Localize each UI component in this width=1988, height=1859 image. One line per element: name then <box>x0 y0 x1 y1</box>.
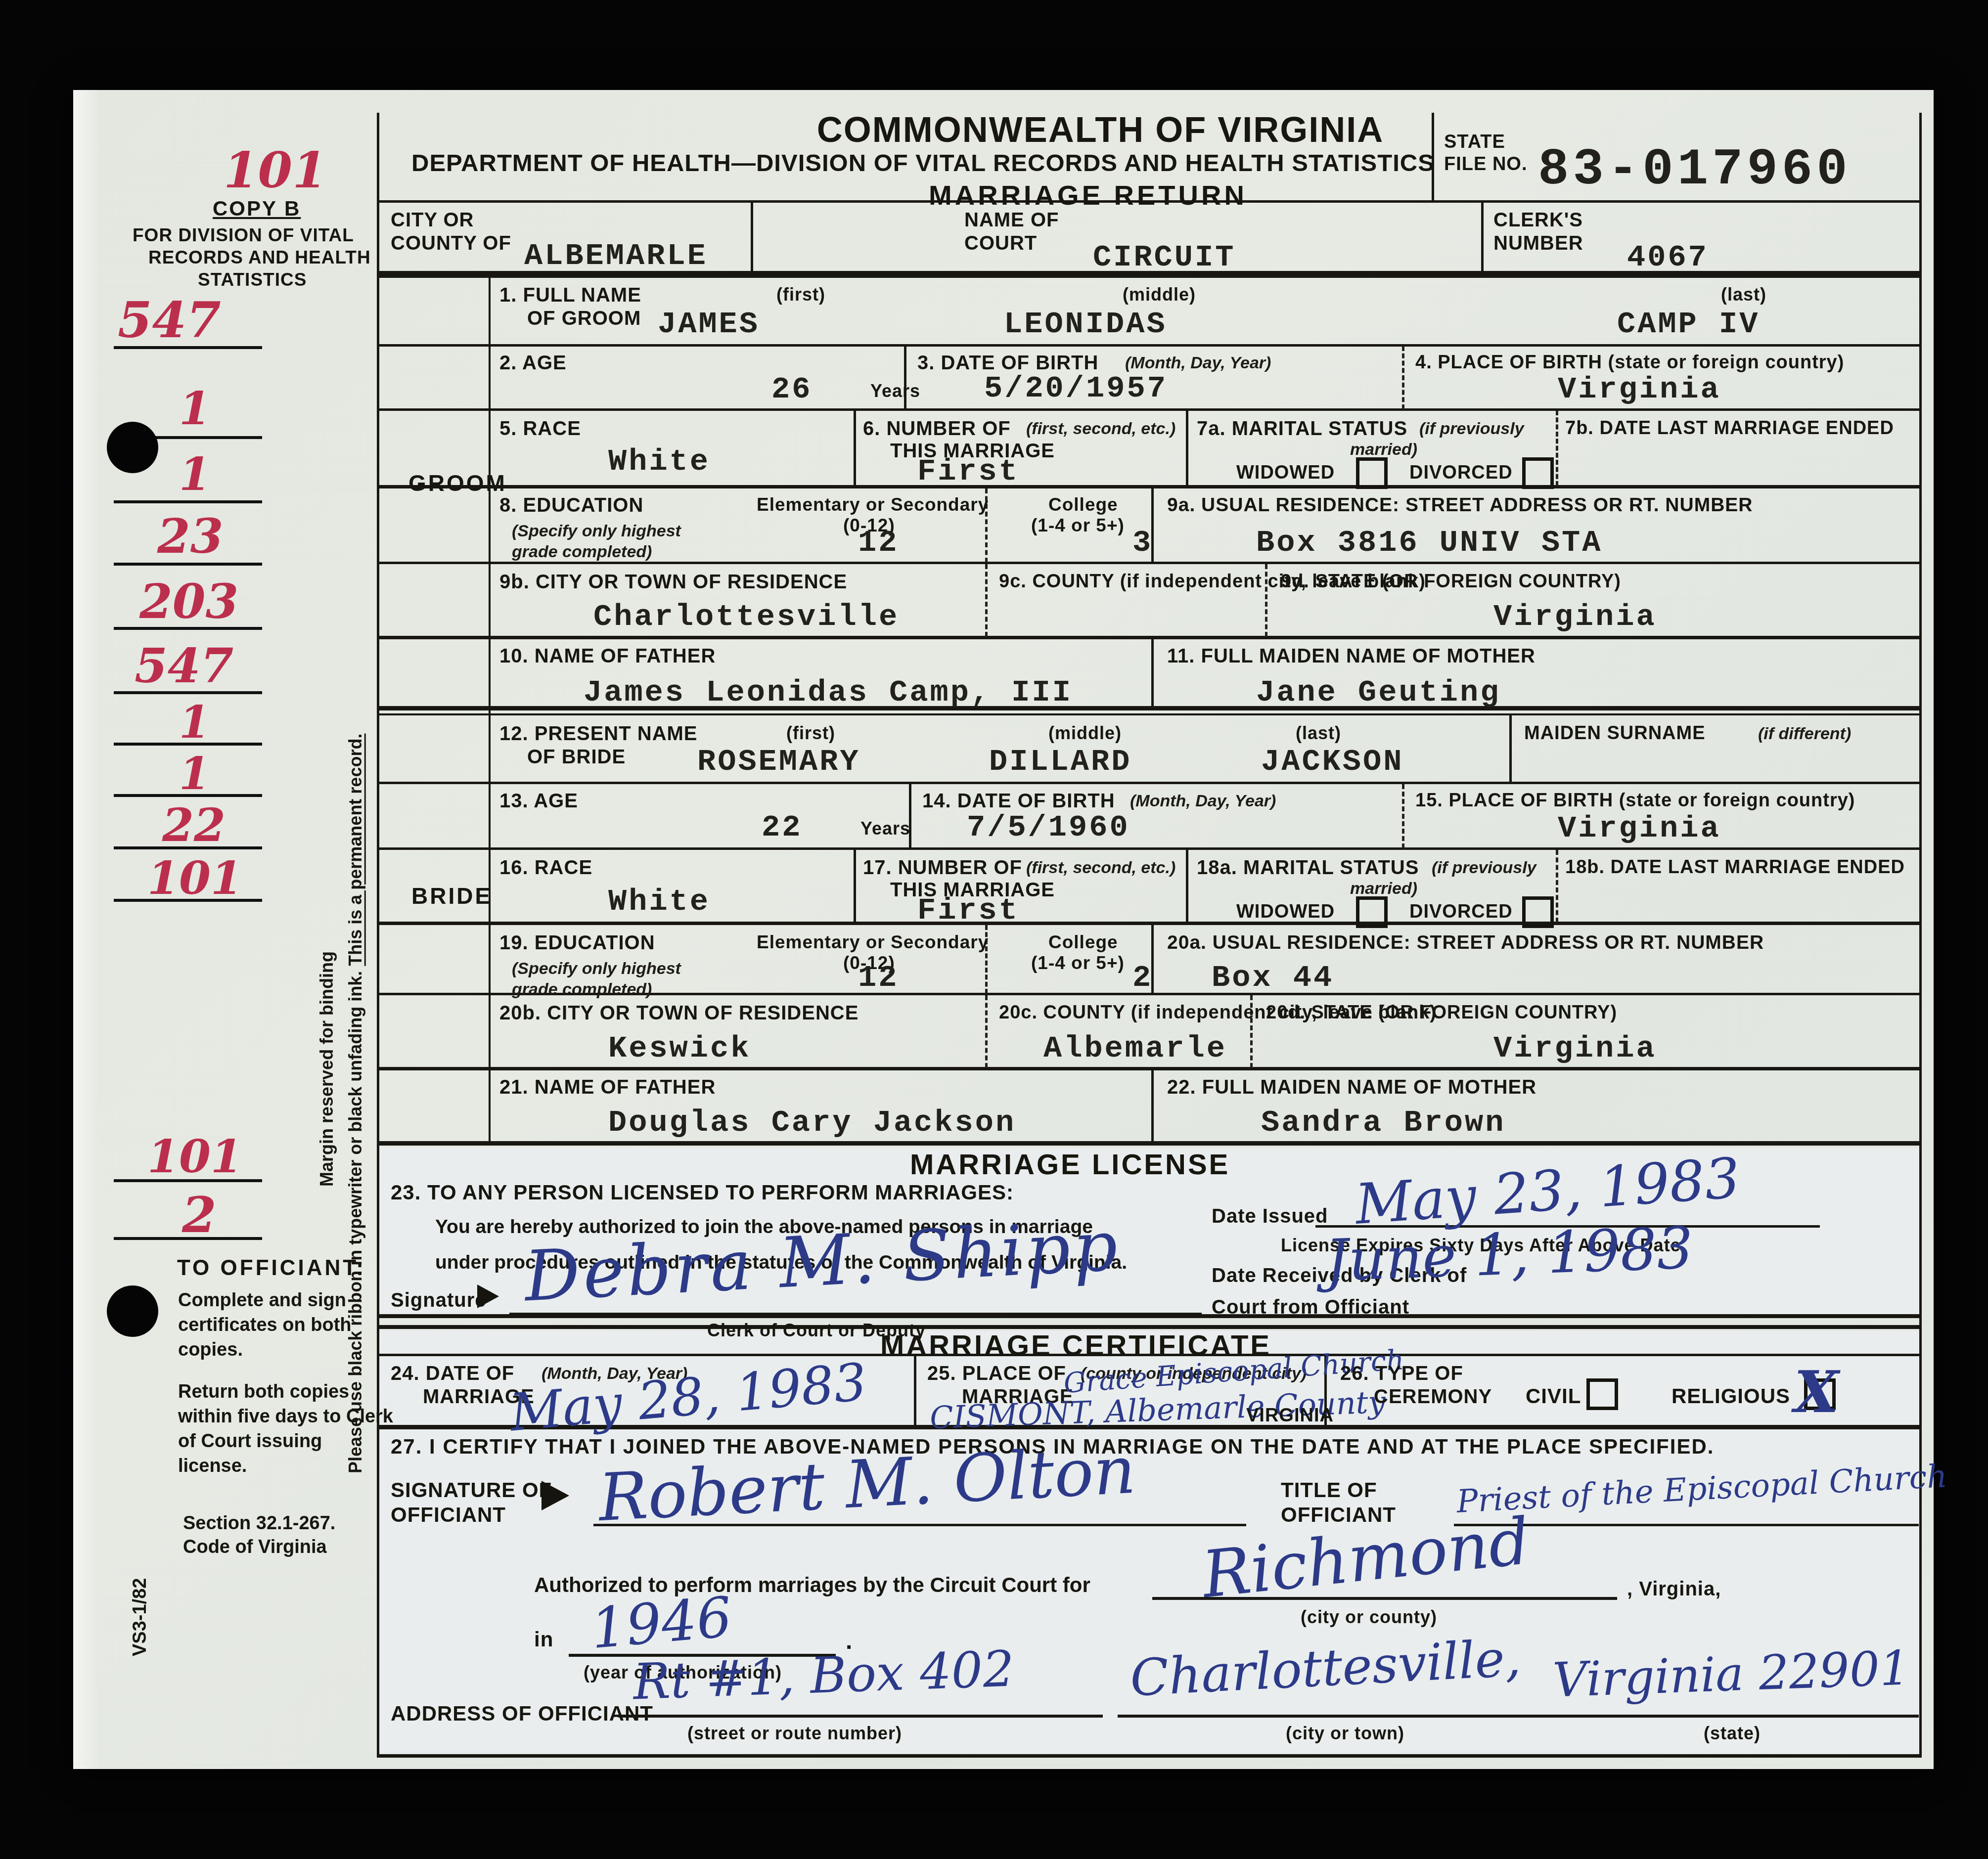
elem-label: Elementary or Secondary <box>757 494 989 515</box>
field4-label: 4. PLACE OF BIRTH (state or foreign coun… <box>1415 352 1844 373</box>
date-issued-label: Date Issued <box>1212 1205 1328 1228</box>
rule <box>377 713 1922 715</box>
rule <box>377 922 1922 925</box>
officiant-title-label1: TITLE OF <box>1281 1478 1377 1502</box>
scanned-marriage-return-document: 101 COPY B FOR DIVISION OF VITAL RECORDS… <box>0 0 1988 1859</box>
field12-label: 12. PRESENT NAME <box>499 723 698 745</box>
rule <box>377 636 1922 639</box>
bride-dob: 7/5/1960 <box>967 810 1130 845</box>
groom-father-name: James Leonidas Camp, III <box>584 675 1073 710</box>
groom-residence-street: Box 3816 UNIV STA <box>1256 525 1603 560</box>
field14-sub: (Month, Day, Year) <box>1130 792 1276 811</box>
copy-for-line2: RECORDS AND HEALTH <box>148 247 371 268</box>
margin-red-number: 23 <box>157 508 224 564</box>
bride-father-name: Douglas Cary Jackson <box>608 1105 1016 1140</box>
college-range: (1-4 or 5+) <box>1031 953 1125 974</box>
city-county-label2: COUNTY OF <box>391 232 511 255</box>
authorized-place-sub: (city or county) <box>1301 1607 1437 1628</box>
divorced-label: DIVORCED <box>1409 462 1513 484</box>
field13-label: 13. AGE <box>499 790 578 812</box>
divorced-label: DIVORCED <box>1409 901 1513 923</box>
permanent-note-text: This is a permanent record. <box>345 734 365 966</box>
religious-check-mark: X <box>1794 1359 1839 1426</box>
checkbox-civil <box>1586 1378 1618 1410</box>
rule <box>751 203 753 272</box>
rule <box>1186 850 1188 923</box>
field20d-label: 20d. STATE (OR FOREIGN COUNTRY) <box>1266 1002 1617 1023</box>
field9b-label: 9b. CITY OR TOWN OF RESIDENCE <box>499 571 847 593</box>
address-street-sub: (street or route number) <box>687 1723 902 1744</box>
college-range: (1-4 or 5+) <box>1031 515 1125 536</box>
bride-race: White <box>608 884 710 919</box>
field11-label: 11. FULL MAIDEN NAME OF MOTHER <box>1167 645 1536 667</box>
bride-mother-name: Sandra Brown <box>1261 1105 1505 1140</box>
field17-sub: (first, second, etc.) <box>1026 858 1175 878</box>
middle-sub: (middle) <box>1123 284 1196 305</box>
rule <box>1556 850 1558 923</box>
groom-education-college: 3 <box>1132 525 1153 560</box>
rule <box>854 410 856 486</box>
rule <box>489 277 491 1142</box>
rule <box>1481 203 1484 272</box>
date-received-label2: Court from Officiant <box>1212 1296 1409 1319</box>
hole-punch <box>107 422 158 473</box>
officiant-signature-arrow-icon <box>542 1481 569 1510</box>
margin-red-number: 203 <box>139 574 238 629</box>
groom-first-name: JAMES <box>658 307 760 342</box>
college-label: College <box>1048 494 1118 515</box>
bride-first-name: ROSEMARY <box>697 744 860 779</box>
court-value: CIRCUIT <box>1093 240 1235 275</box>
rule <box>1151 1069 1154 1142</box>
date-received-line <box>1419 1314 1820 1317</box>
field15-label: 15. PLACE OF BIRTH (state or foreign cou… <box>1415 790 1855 811</box>
field18b-label: 18b. DATE LAST MARRIAGE ENDED <box>1565 857 1905 878</box>
field6-label: 6. NUMBER OF <box>863 418 1011 440</box>
field19-sub1: (Specify only highest <box>512 959 681 978</box>
rule <box>985 995 988 1068</box>
groom-section-label: GROOM <box>408 470 507 496</box>
groom-education-elem: 12 <box>858 525 899 560</box>
permanent-record-note: Please use black ribbon in typewriter or… <box>345 208 366 1473</box>
rule <box>1509 715 1512 783</box>
elem-label: Elementary or Secondary <box>757 932 989 953</box>
margin-line <box>114 794 262 797</box>
form-title: MARRIAGE RETURN <box>890 179 1286 211</box>
margin-line <box>114 500 262 503</box>
address-of-officiant-label: ADDRESS OF OFFICIANT <box>391 1702 653 1726</box>
margin-red-number: 2 <box>182 1186 217 1244</box>
margin-red-number: 1 <box>179 748 210 800</box>
copy-for-line3: STATISTICS <box>198 269 307 290</box>
document-subtitle: DEPARTMENT OF HEALTH—DIVISION OF VITAL R… <box>411 149 1435 177</box>
field7a-sub2: married) <box>1350 440 1417 459</box>
groom-residence-state: Virginia <box>1493 599 1657 634</box>
field8-sub1: (Specify only highest <box>512 522 681 541</box>
margin-red-number: 101 <box>147 1130 242 1183</box>
hole-punch <box>107 1285 158 1337</box>
field20a-label: 20a. USUAL RESIDENCE: STREET ADDRESS OR … <box>1167 932 1764 954</box>
copy-label: COPY B <box>213 197 301 221</box>
bride-residence-city: Keswick <box>608 1031 751 1066</box>
form-code: VS3-1/82 <box>130 1493 151 1656</box>
first-sub: (first) <box>776 284 825 305</box>
bride-section-label: BRIDE <box>411 883 492 909</box>
years-label: Years <box>870 381 920 401</box>
field17-label: 17. NUMBER OF <box>863 857 1022 879</box>
margin-red-number: 1 <box>179 382 211 435</box>
margin-line <box>114 691 262 694</box>
clerk-number-label2: NUMBER <box>1493 232 1583 255</box>
rule <box>377 408 1922 411</box>
middle-sub: (middle) <box>1048 723 1122 744</box>
field18a-label: 18a. MARITAL STATUS <box>1197 857 1419 879</box>
maiden-surname-sub: (if different) <box>1758 724 1851 744</box>
first-sub: (first) <box>786 723 835 744</box>
rule <box>377 1141 1922 1146</box>
field26-label2: CEREMONY <box>1374 1386 1492 1408</box>
address-city-state-line <box>1118 1715 1919 1718</box>
field5-label: 5. RACE <box>499 418 581 440</box>
clerk-number-label: CLERK'S <box>1493 209 1583 231</box>
checkbox-widowed-groom <box>1356 457 1388 489</box>
last-sub: (last) <box>1721 284 1766 305</box>
field2-label: 2. AGE <box>499 352 567 374</box>
rule <box>377 344 1922 347</box>
rule <box>985 564 988 637</box>
religious-label: RELIGIOUS <box>1672 1384 1790 1408</box>
widowed-label: WIDOWED <box>1236 462 1335 484</box>
field3-sub: (Month, Day, Year) <box>1125 354 1271 373</box>
field8-sub2: grade completed) <box>512 542 652 562</box>
field7a-sub1: (if previously <box>1419 419 1524 439</box>
authorized-label: Authorized to perform marriages by the C… <box>534 1573 1090 1597</box>
in-label: in <box>534 1628 553 1651</box>
groom-last-name: CAMP IV <box>1617 307 1760 342</box>
field18a-sub1: (if previously <box>1432 858 1536 878</box>
checkbox-divorced-bride <box>1522 896 1554 928</box>
officiant-signature-label2: OFFICIANT <box>391 1503 506 1527</box>
field12-label2: OF BRIDE <box>527 746 626 768</box>
groom-mother-name: Jane Geuting <box>1256 675 1500 710</box>
rule <box>854 850 856 923</box>
margin-line <box>114 1237 262 1240</box>
state-file-number: 83-017960 <box>1538 141 1852 199</box>
checkbox-divorced-groom <box>1522 457 1554 489</box>
section-ref-line2: Code of Virginia <box>183 1537 327 1558</box>
court-label: NAME OF <box>964 209 1059 231</box>
margin-red-number: 1 <box>179 696 210 749</box>
rule <box>377 1754 1922 1758</box>
college-label: College <box>1048 932 1118 953</box>
groom-middle-name: LEONIDAS <box>1004 307 1167 342</box>
address-town-sub: (city or town) <box>1286 1723 1404 1744</box>
marriage-place-state: VIRGINIA <box>1246 1405 1334 1426</box>
field14-label: 14. DATE OF BIRTH <box>922 790 1115 812</box>
field1-label2: OF GROOM <box>527 308 641 330</box>
groom-race: White <box>608 444 710 479</box>
margin-line <box>114 1179 262 1182</box>
bride-birthplace: Virginia <box>1558 811 1721 846</box>
margin-line <box>114 346 262 349</box>
court-label2: COURT <box>964 232 1037 255</box>
years-label: Years <box>860 818 910 839</box>
groom-birthplace: Virginia <box>1558 372 1721 407</box>
rule <box>377 1325 1922 1329</box>
license-section-title: MARRIAGE LICENSE <box>910 1148 1230 1181</box>
margin-red-number: 547 <box>135 638 233 694</box>
field22-label: 22. FULL MAIDEN NAME OF MOTHER <box>1167 1076 1536 1099</box>
rule <box>377 782 1922 784</box>
widowed-label: WIDOWED <box>1236 901 1335 923</box>
groom-marriage-number: First <box>917 454 1019 489</box>
form-border-left <box>377 113 379 1758</box>
rule <box>377 485 1922 488</box>
margin-red-number: 547 <box>118 291 221 349</box>
address-state-sub: (state) <box>1704 1723 1761 1744</box>
field19-sub2: grade completed) <box>512 980 652 999</box>
copy-for-line1: FOR DIVISION OF VITAL <box>133 225 354 246</box>
rule <box>1402 346 1404 409</box>
rule <box>1556 410 1558 486</box>
field20b-label: 20b. CITY OR TOWN OF RESIDENCE <box>499 1002 858 1024</box>
bride-marriage-number: First <box>917 893 1019 928</box>
field18a-sub2: married) <box>1350 879 1417 898</box>
groom-age: 26 <box>771 372 812 407</box>
margin-red-number: 101 <box>224 141 327 199</box>
margin-red-number: 22 <box>162 798 226 852</box>
field10-label: 10. NAME OF FATHER <box>499 645 716 667</box>
signature-arrow-icon <box>477 1284 499 1308</box>
field25-label: 25. PLACE OF <box>927 1363 1066 1385</box>
rule <box>377 1067 1922 1070</box>
groom-dob: 5/20/1957 <box>984 371 1168 406</box>
margin-line <box>114 899 262 902</box>
rule <box>914 1356 916 1426</box>
signature-line <box>509 1313 1202 1315</box>
field8-label: 8. EDUCATION <box>499 494 643 517</box>
date-received-value: June 1, 1983 <box>1324 1215 1694 1294</box>
signature-label: Signature <box>391 1289 486 1312</box>
field1-label: 1. FULL NAME <box>499 284 641 307</box>
bride-age: 22 <box>762 810 802 845</box>
section-ref-line1: Section 32.1-267. <box>183 1513 335 1534</box>
rule <box>1186 410 1188 486</box>
rule <box>377 847 1922 850</box>
field16-label: 16. RACE <box>499 857 592 879</box>
field9d-label: 9d. STATE (OR FOREIGN COUNTRY) <box>1281 571 1621 592</box>
to-officiant-title: TO OFFICIANT: <box>177 1256 366 1281</box>
bride-residence-county: Albemarle <box>1043 1031 1227 1066</box>
bride-education-college: 2 <box>1132 960 1153 995</box>
field21-label: 21. NAME OF FATHER <box>499 1076 716 1099</box>
document-title: COMMONWEALTH OF VIRGINIA <box>791 110 1409 150</box>
binding-margin-note: Margin reserved for binding <box>316 633 337 1187</box>
field7a-label: 7a. MARITAL STATUS <box>1197 418 1407 440</box>
bride-middle-name: DILLARD <box>989 744 1131 779</box>
form-border-right <box>1919 113 1922 1758</box>
civil-label: CIVIL <box>1526 1384 1581 1408</box>
field26-label: 26. TYPE OF <box>1340 1363 1463 1385</box>
maiden-surname-label: MAIDEN SURNAME <box>1524 723 1706 744</box>
ink-note-text: Please use black ribbon in typewriter or… <box>345 966 365 1473</box>
margin-line <box>114 846 262 849</box>
address-street-line <box>618 1715 1103 1718</box>
field6-sub: (first, second, etc.) <box>1026 419 1175 439</box>
paper-left-edge <box>73 90 98 1769</box>
bride-education-elem: 12 <box>858 960 899 995</box>
groom-residence-city: Charlottesville <box>593 599 899 634</box>
rule <box>377 562 1922 564</box>
city-county-value: ALBEMARLE <box>524 238 708 273</box>
field7b-label: 7b. DATE LAST MARRIAGE ENDED <box>1565 418 1894 439</box>
bride-last-name: JACKSON <box>1261 744 1403 779</box>
margin-line <box>114 563 262 566</box>
bride-residence-state: Virginia <box>1493 1031 1657 1066</box>
checkbox-widowed-bride <box>1356 896 1388 928</box>
virginia-label: , Virginia, <box>1627 1578 1721 1600</box>
margin-red-number: 1 <box>179 447 211 501</box>
clerk-number-value: 4067 <box>1627 240 1709 275</box>
state-file-label: STATE FILE NO. <box>1444 131 1533 176</box>
field19-label: 19. EDUCATION <box>499 932 655 954</box>
margin-line <box>114 627 262 630</box>
field24-label: 24. DATE OF <box>391 1363 514 1385</box>
field9a-label: 9a. USUAL RESIDENCE: STREET ADDRESS OR R… <box>1167 494 1753 516</box>
officiant-signature-label1: SIGNATURE OF <box>391 1478 552 1502</box>
margin-red-number: 101 <box>147 851 242 905</box>
rule <box>1402 784 1404 848</box>
field23-label: 23. TO ANY PERSON LICENSED TO PERFORM MA… <box>391 1181 1014 1204</box>
city-county-label: CITY OR <box>391 209 474 231</box>
last-sub: (last) <box>1296 723 1341 744</box>
bride-residence-street: Box 44 <box>1212 960 1334 995</box>
margin-line <box>114 743 262 746</box>
rule <box>1151 639 1154 707</box>
